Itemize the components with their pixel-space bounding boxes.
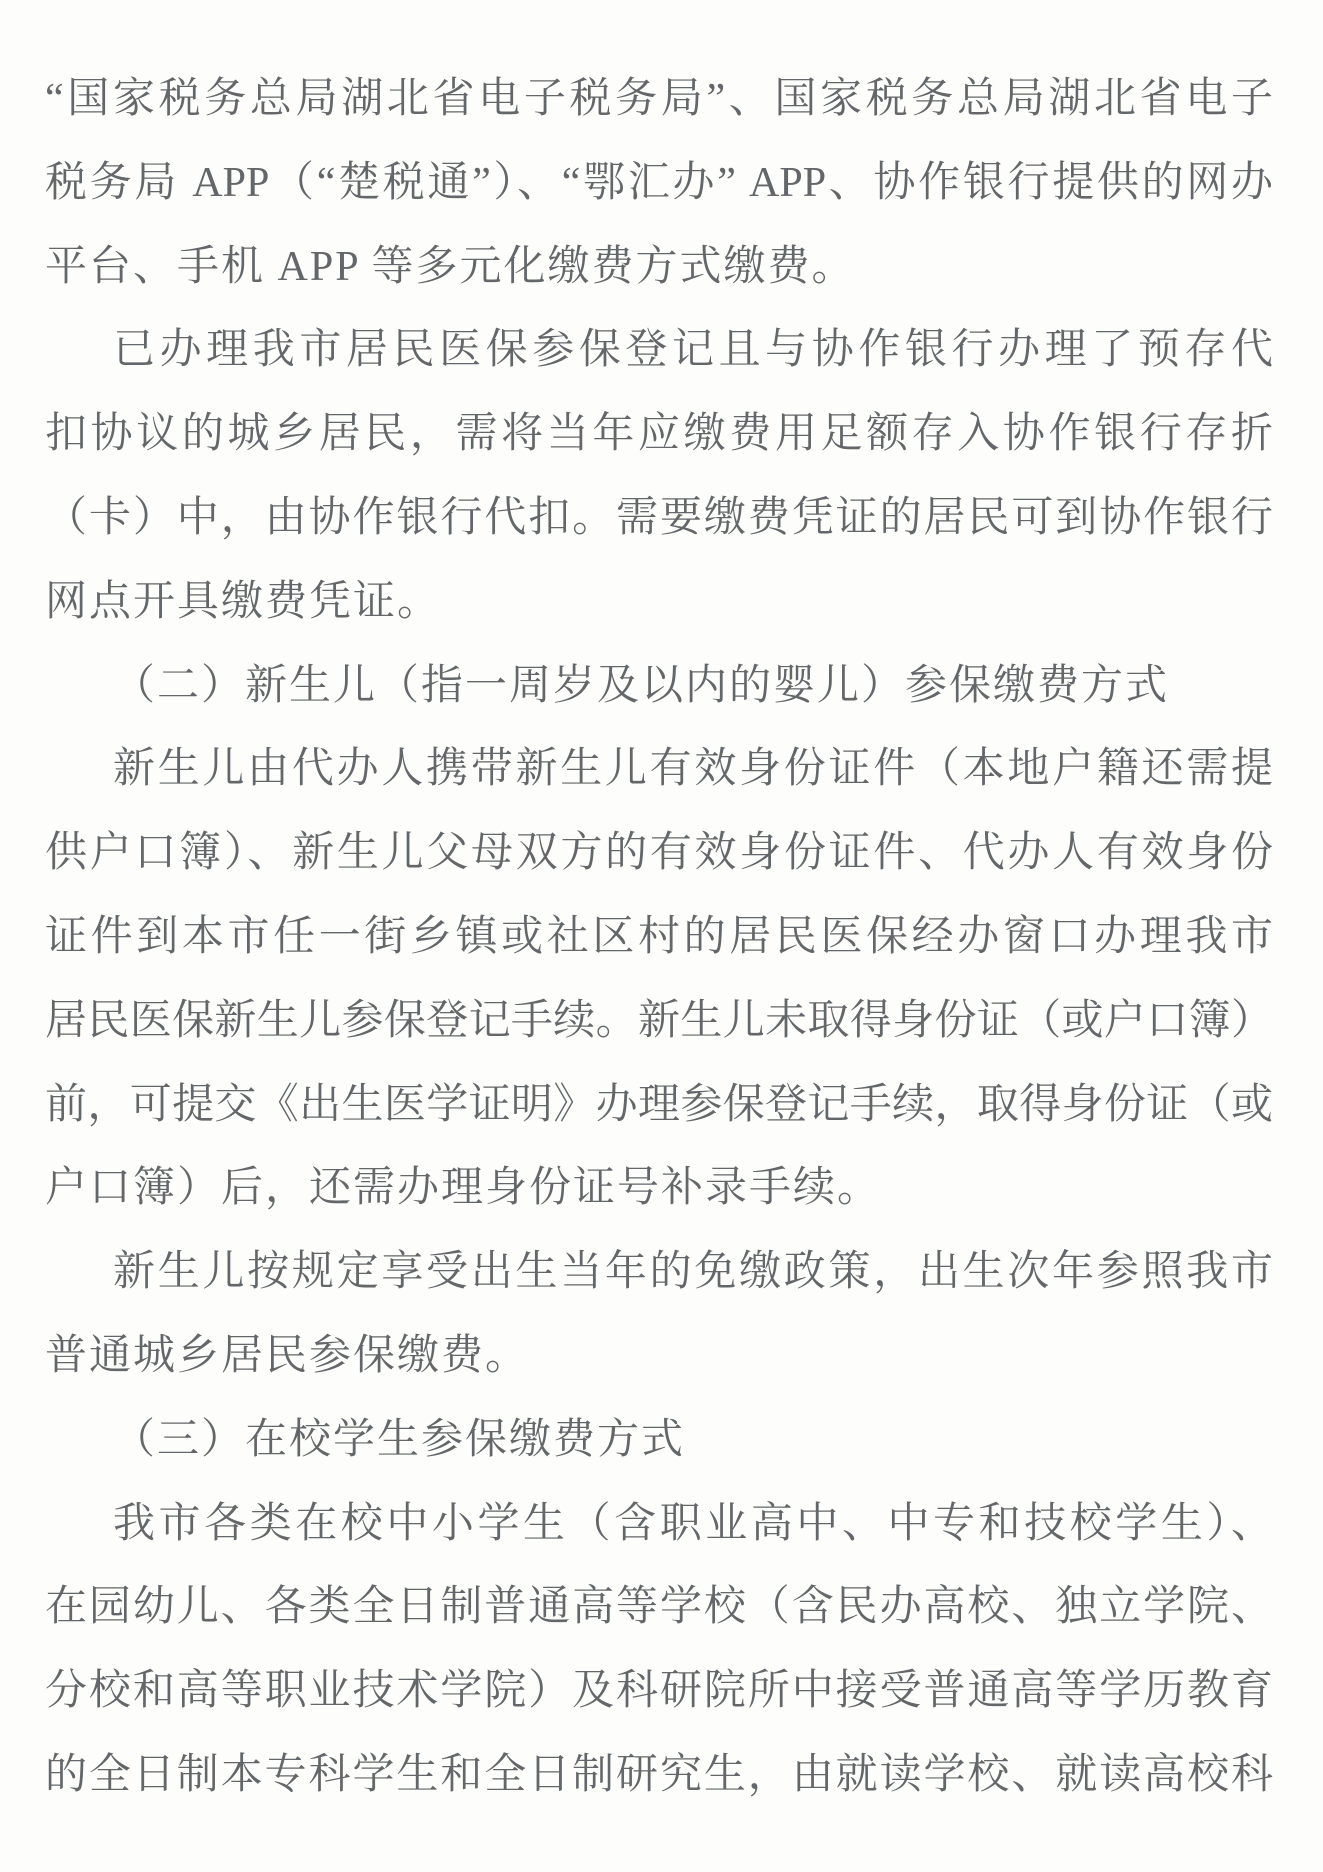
text-line: 网点开具缴费凭证。: [45, 561, 1273, 645]
text-line: 税务局 APP（“楚税通”）、“鄂汇办” APP、协作银行提供的网办: [45, 142, 1273, 226]
text-line: 新生儿由代办人携带新生儿有效身份证件（本地户籍还需提: [45, 728, 1273, 812]
text-line: 扣协议的城乡居民，需将当年应缴费用足额存入协作银行存折: [45, 393, 1273, 477]
text-line: 户口簿）后，还需办理身份证号补录手续。: [45, 1147, 1273, 1231]
text-line: 分校和高等职业技术学院）及科研院所中接受普通高等学历教育: [45, 1650, 1273, 1734]
text-line: 前，可提交《出生医学证明》办理参保登记手续，取得身份证（或: [45, 1064, 1273, 1148]
text-line: 已办理我市居民医保参保登记且与协作银行办理了预存代: [45, 309, 1273, 393]
text-line: 供户口簿）、新生儿父母双方的有效身份证件、代办人有效身份: [45, 812, 1273, 896]
text-line: “国家税务总局湖北省电子税务局”、国家税务总局湖北省电子: [45, 58, 1273, 142]
text-line: 证件到本市任一街乡镇或社区村的居民医保经办窗口办理我市: [45, 896, 1273, 980]
text-line: 的全日制本专科学生和全日制研究生，由就读学校、就读高校科: [45, 1734, 1273, 1818]
text-line: （三）在校学生参保缴费方式: [45, 1399, 1273, 1483]
text-line: 普通城乡居民参保缴费。: [45, 1315, 1273, 1399]
document-page: “国家税务总局湖北省电子税务局”、国家税务总局湖北省电子税务局 APP（“楚税通…: [0, 0, 1323, 1872]
text-line: （卡）中，由协作银行代扣。需要缴费凭证的居民可到协作银行: [45, 477, 1273, 561]
text-line: （二）新生儿（指一周岁及以内的婴儿）参保缴费方式: [45, 645, 1273, 729]
text-line: 新生儿按规定享受出生当年的免缴政策，出生次年参照我市: [45, 1231, 1273, 1315]
text-line: 居民医保新生儿参保登记手续。新生儿未取得身份证（或户口簿）: [45, 980, 1273, 1064]
text-line: 我市各类在校中小学生（含职业高中、中专和技校学生）、: [45, 1483, 1273, 1567]
text-line: 在园幼儿、各类全日制普通高等学校（含民办高校、独立学院、: [45, 1566, 1273, 1650]
text-column: “国家税务总局湖北省电子税务局”、国家税务总局湖北省电子税务局 APP（“楚税通…: [45, 58, 1273, 1818]
text-line: 平台、手机 APP 等多元化缴费方式缴费。: [45, 226, 1273, 310]
